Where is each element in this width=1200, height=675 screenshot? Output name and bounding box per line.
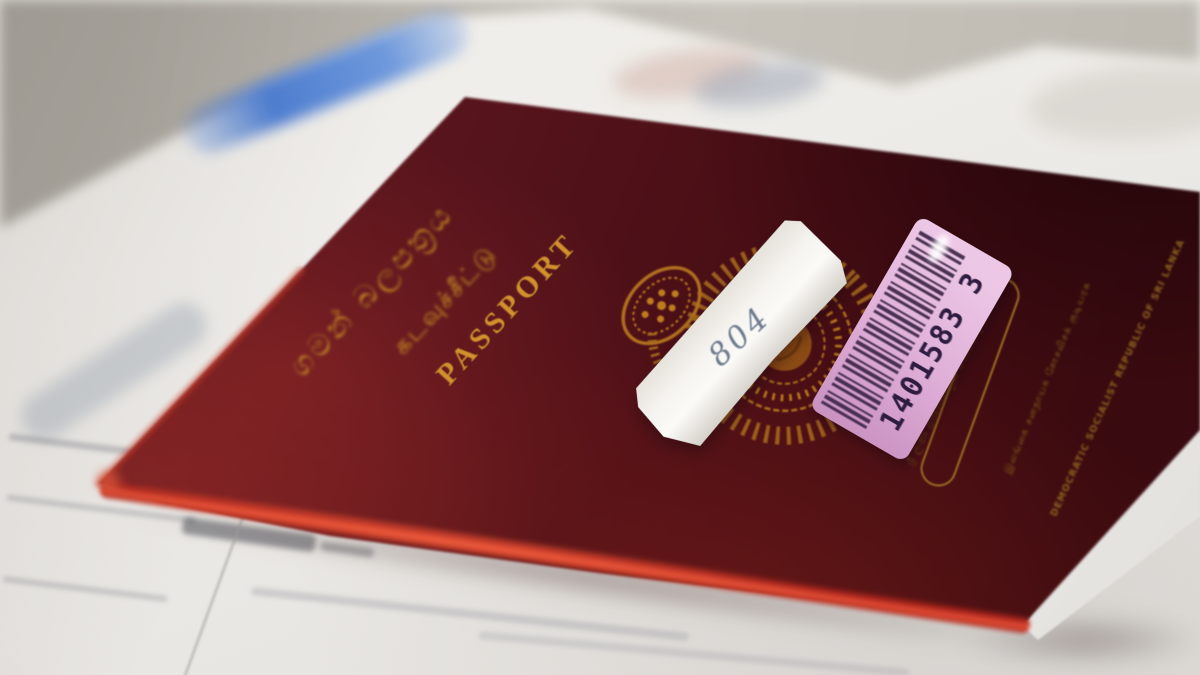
handwritten-number: 804 xyxy=(702,299,779,374)
cover-corner-highlight xyxy=(92,466,126,496)
photo-sri-lanka-passport: ගමන් බලපත්‍රය கடவுச்சீட்டு PASSPORT ශ්‍ර… xyxy=(0,0,1200,675)
